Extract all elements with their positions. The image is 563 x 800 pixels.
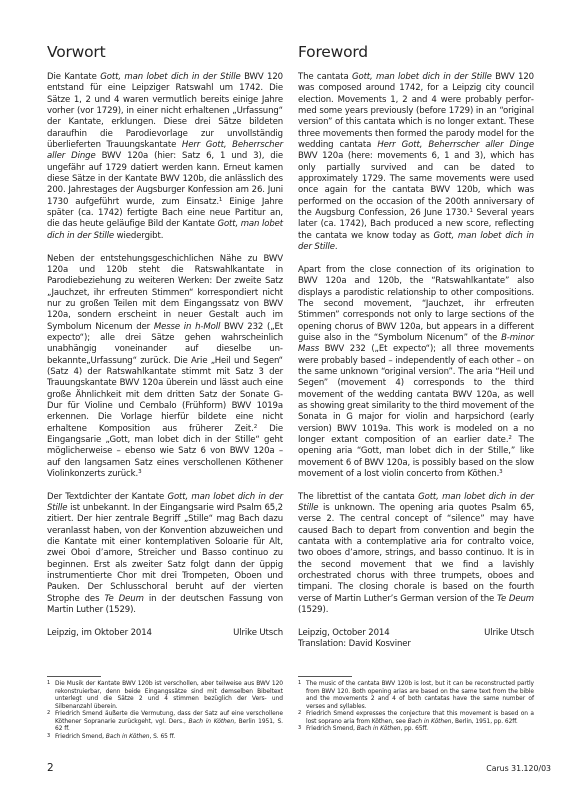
catalog-number: Carus 31.120/03 bbox=[486, 764, 551, 773]
english-signature: Leipzig, October 2014 Ulrike Utsch Trans… bbox=[298, 628, 534, 651]
german-footnote-1: 1 Die Musik der Kantate BWV 120b ist ver… bbox=[47, 681, 283, 711]
footnote-text: The music of the cantata BWV 120b is los… bbox=[306, 681, 534, 710]
footnote-text: Friedrich Smend äußerte die Vermutung, d… bbox=[55, 711, 283, 732]
english-footnote-3: 3 Friedrich Smend, Bach in Köthen, pp. 6… bbox=[298, 726, 534, 734]
footnote-text: Friedrich Smend, Bach in Köthen, S. 65 f… bbox=[55, 734, 175, 740]
german-heading: Vorwort bbox=[47, 43, 105, 61]
english-body: The cantata Gott, man lobet dich in der … bbox=[298, 72, 534, 651]
page-number: 2 bbox=[47, 762, 54, 774]
english-paragraph-2: Apart from the close connection of its o… bbox=[298, 265, 534, 481]
footnote-divider bbox=[298, 676, 352, 677]
german-footnotes: 1 Die Musik der Kantate BWV 120b ist ver… bbox=[47, 676, 283, 741]
english-paragraph-1: The cantata Gott, man lobet dich in der … bbox=[298, 72, 534, 254]
german-paragraph-1: Die Kantate Gott, man lobet dich in der … bbox=[47, 72, 283, 242]
german-place-date: Leipzig, im Oktober 2014 bbox=[47, 628, 152, 639]
german-paragraph-3: Der Textdichter der Kantate Gott, man lo… bbox=[47, 492, 283, 617]
german-body: Die Kantate Gott, man lobet dich in der … bbox=[47, 72, 283, 639]
footnote-number: 2 bbox=[47, 710, 50, 718]
english-author: Ulrike Utsch bbox=[484, 628, 534, 639]
english-footnotes: 1 The music of the cantata BWV 120b is l… bbox=[298, 676, 534, 734]
english-translation-credit: Translation: David Kosviner bbox=[298, 639, 534, 650]
english-heading: Foreword bbox=[298, 43, 368, 61]
footnote-number: 2 bbox=[298, 710, 301, 718]
footnote-text: Friedrich Smend, Bach in Köthen, pp. 65f… bbox=[306, 726, 428, 732]
english-footnote-1: 1 The music of the cantata BWV 120b is l… bbox=[298, 681, 534, 711]
german-footnote-3: 3 Friedrich Smend, Bach in Köthen, S. 65… bbox=[47, 734, 283, 742]
footnote-number: 3 bbox=[47, 733, 50, 741]
footnote-number: 1 bbox=[47, 680, 50, 688]
german-paragraph-2: Neben der entstehungsgeschichlichen Nähe… bbox=[47, 254, 283, 481]
german-footnote-2: 2 Friedrich Smend äußerte die Vermutung,… bbox=[47, 711, 283, 734]
english-paragraph-3: The librettist of the cantata Gott, man … bbox=[298, 492, 534, 617]
english-footnote-2: 2 Friedrich Smend expresses the conjectu… bbox=[298, 711, 534, 726]
footnote-text: Friedrich Smend expresses the conjecture… bbox=[306, 711, 534, 725]
footnote-number: 3 bbox=[298, 725, 301, 733]
footnote-number: 1 bbox=[298, 680, 301, 688]
german-signature: Leipzig, im Oktober 2014 Ulrike Utsch bbox=[47, 628, 283, 639]
footnote-text: Die Musik der Kantate BWV 120b ist versc… bbox=[55, 681, 283, 710]
german-author: Ulrike Utsch bbox=[233, 628, 283, 639]
footnote-divider bbox=[47, 676, 101, 677]
english-place-date: Leipzig, October 2014 bbox=[298, 628, 390, 639]
